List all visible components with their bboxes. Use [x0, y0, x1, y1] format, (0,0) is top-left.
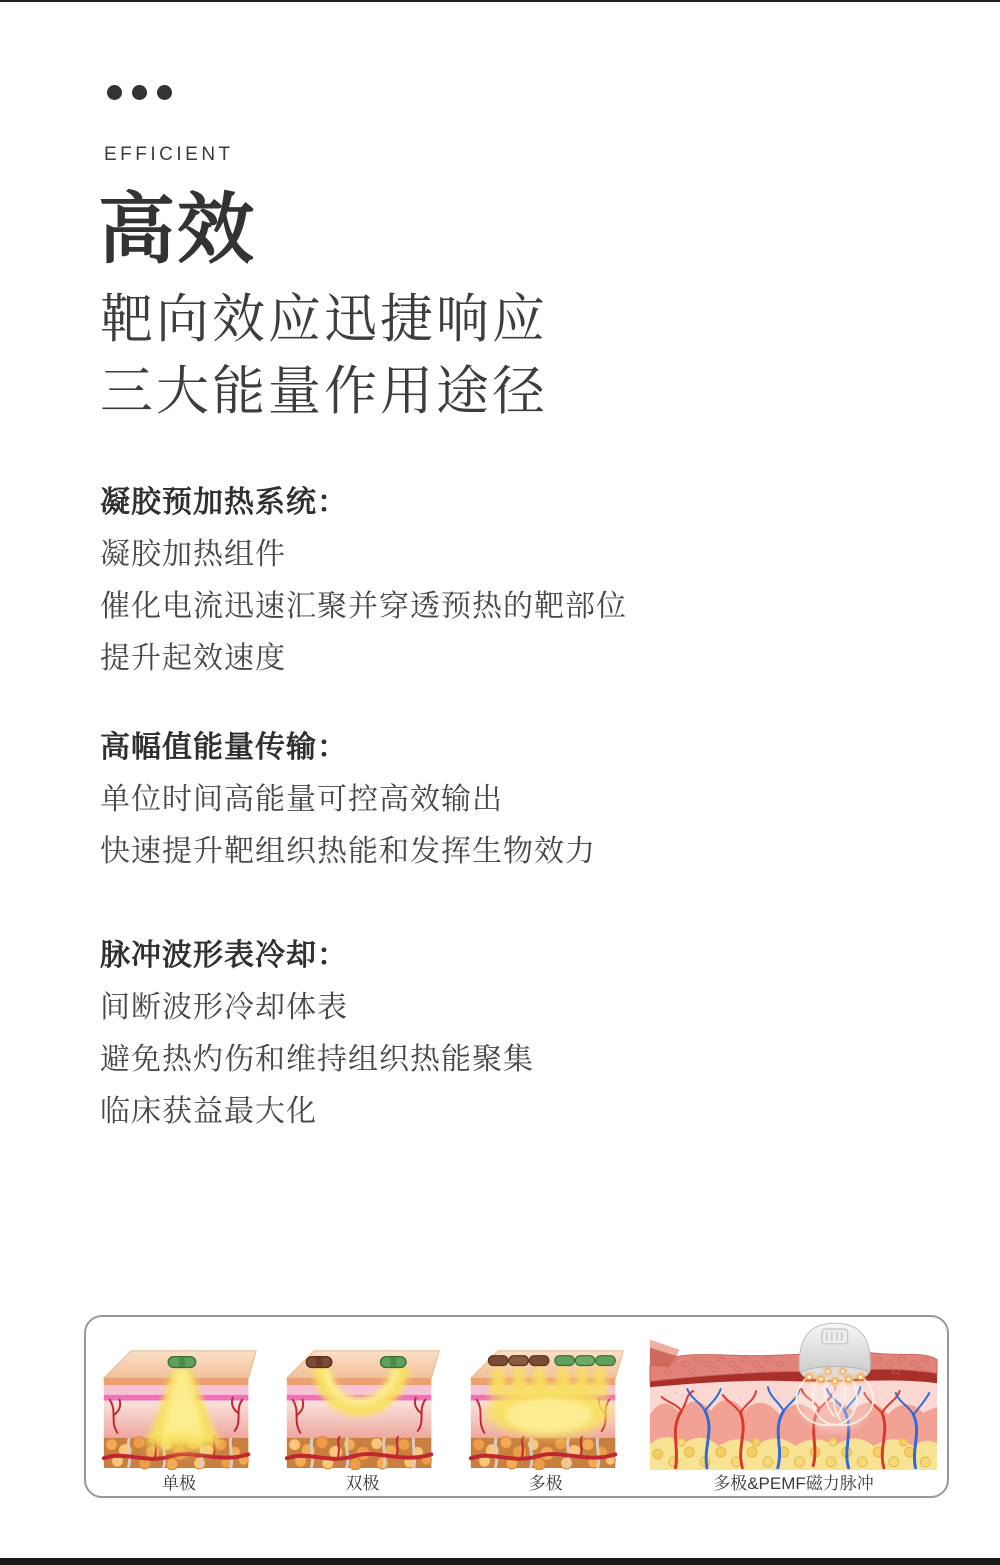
electrode-green [381, 1357, 406, 1368]
product-page: EFFICIENT 高效 靶向效应迅捷响应 三大能量作用途径 凝胶预加热系统： … [0, 0, 1000, 1565]
section-line: 单位时间高能量可控高效输出 [100, 774, 596, 826]
section-line: 避免热灼伤和维持组织热能聚集 [100, 1034, 534, 1086]
section-heading: 高幅值能量传输： [100, 722, 596, 774]
electrode-green [554, 1356, 615, 1366]
section-high-amplitude: 高幅值能量传输： 单位时间高能量可控高效输出 快速提升靶组织热能和发挥生物效力 [100, 722, 596, 878]
figure-caption: 单极 [162, 1472, 196, 1496]
figure-monopolar: 单极 [96, 1343, 262, 1496]
top-border-bar [0, 0, 1000, 2]
section-line: 提升起效速度 [100, 633, 627, 685]
figure-multipolar-pemf: 多极&PEMF磁力脉冲 [646, 1332, 941, 1496]
section-line: 凝胶加热组件 [100, 529, 627, 581]
dot-icon [132, 85, 147, 100]
section-line: 间断波形冷却体表 [100, 982, 534, 1034]
electrode-green [168, 1357, 195, 1368]
figure-bipolar: 双极 [279, 1343, 445, 1496]
subtitle-line: 三大能量作用途径 [100, 356, 548, 428]
multipolar-skin-diagram-icon [463, 1343, 629, 1470]
eyebrow-label: EFFICIENT [104, 144, 234, 166]
dot-icon [107, 85, 122, 100]
section-line: 快速提升靶组织热能和发挥生物效力 [100, 826, 596, 878]
page-title: 高效 [98, 184, 256, 276]
dot-icon [157, 85, 172, 100]
multipolar-pemf-skin-diagram-icon [646, 1320, 941, 1470]
bottom-border-bar [0, 1558, 1000, 1565]
electrode-brown [488, 1356, 549, 1366]
page-subtitle: 靶向效应迅捷响应 三大能量作用途径 [100, 284, 548, 428]
section-heading: 凝胶预加热系统： [100, 477, 627, 529]
subtitle-line: 靶向效应迅捷响应 [100, 284, 548, 356]
electrode-brown [307, 1357, 332, 1368]
section-pulse-cooling: 脉冲波形表冷却： 间断波形冷却体表 避免热灼伤和维持组织热能聚集 临床获益最大化 [100, 930, 534, 1138]
ellipsis-dots-icon [107, 85, 172, 100]
section-heading: 脉冲波形表冷却： [100, 930, 534, 982]
figure-multipolar: 多极 [463, 1343, 629, 1496]
electrode-modes-panel: 单极 [84, 1315, 949, 1498]
figure-caption: 多极 [529, 1472, 563, 1496]
section-line: 催化电流迅速汇聚并穿透预热的靶部位 [100, 581, 627, 633]
figure-caption: 多极&PEMF磁力脉冲 [713, 1472, 874, 1496]
section-line: 临床获益最大化 [100, 1086, 534, 1138]
section-gel-preheat: 凝胶预加热系统： 凝胶加热组件 催化电流迅速汇聚并穿透预热的靶部位 提升起效速度 [100, 477, 627, 685]
bipolar-skin-diagram-icon [279, 1343, 445, 1470]
figure-caption: 双极 [345, 1472, 379, 1496]
monopolar-skin-diagram-icon [96, 1343, 262, 1470]
pemf-handpiece [799, 1323, 870, 1380]
